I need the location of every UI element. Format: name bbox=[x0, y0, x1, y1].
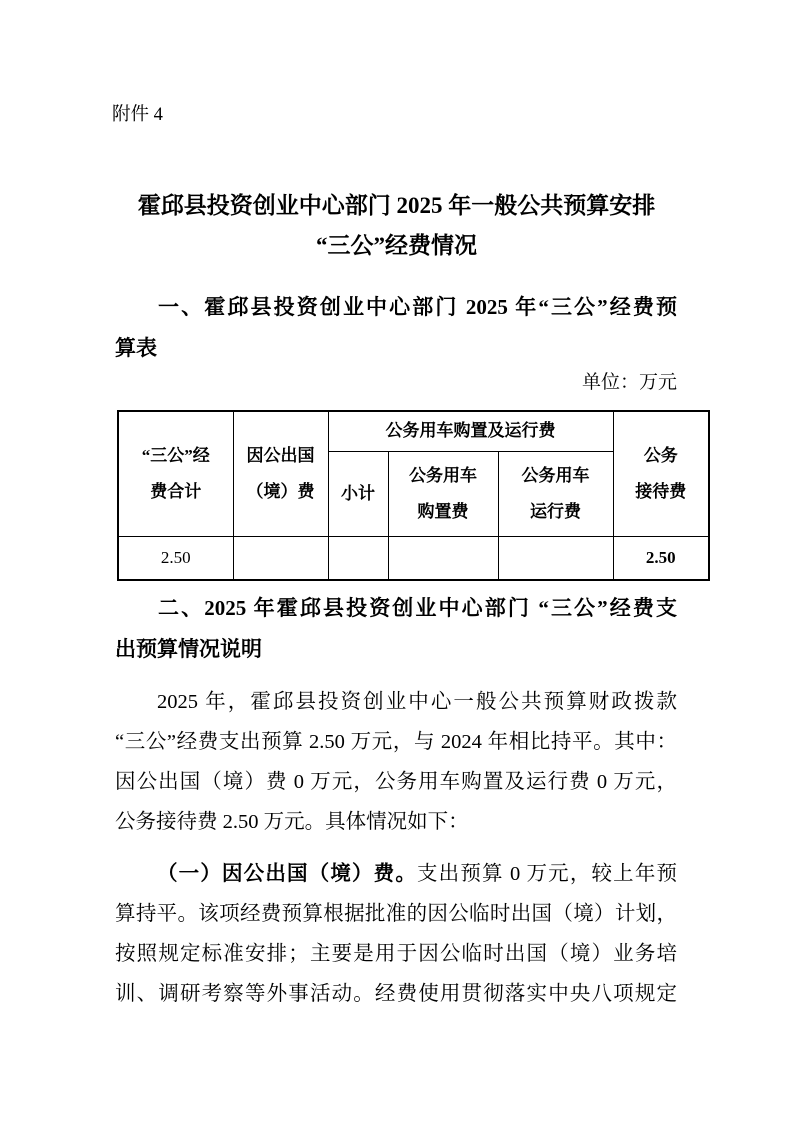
section-2-heading: 二、2025 年霍邱县投资创业中心部门 “三公”经费支 出预算情况说明 bbox=[115, 588, 677, 670]
value-subtotal bbox=[328, 536, 388, 580]
section-1-heading-line-2: 算表 bbox=[115, 328, 677, 369]
header-sangong-total: “三公”经 费合计 bbox=[118, 411, 233, 536]
value-sangong-total: 2.50 bbox=[118, 536, 233, 580]
paragraph-2-line-2: 算持平。该项经费预算根据批准的因公临时出国（境）计划， bbox=[115, 894, 677, 934]
header-abroad-fee: 因公出国 （境）费 bbox=[233, 411, 328, 536]
table-data-row: 2.50 2.50 bbox=[118, 536, 709, 580]
section-2-heading-line-2: 出预算情况说明 bbox=[115, 629, 677, 670]
section-2-heading-line-1: 二、2025 年霍邱县投资创业中心部门 “三公”经费支 bbox=[115, 588, 677, 629]
header-abroad-fee-line-2: （境）费 bbox=[236, 474, 326, 510]
header-reception: 公务 接待费 bbox=[613, 411, 709, 536]
table-header-row-1: “三公”经 费合计 因公出国 （境）费 公务用车购置及运行费 公务 接待费 bbox=[118, 411, 709, 451]
header-subtotal: 小计 bbox=[328, 451, 388, 536]
paragraph-2-line-4: 训、调研考察等外事活动。经费使用贯彻落实中央八项规定 bbox=[115, 974, 677, 1014]
section-1-heading-line-1: 一、霍邱县投资创业中心部门 2025 年“三公”经费预 bbox=[115, 287, 677, 328]
value-abroad-fee bbox=[233, 536, 328, 580]
paragraph-2-line-1-rest: 支出预算 0 万元，较上年预 bbox=[417, 863, 677, 885]
paragraph-2-lead-bold: （一）因公出国（境）费。 bbox=[157, 863, 417, 885]
value-vehicle-operation bbox=[498, 536, 613, 580]
unit-note: 单位：万元 bbox=[115, 367, 677, 394]
value-reception: 2.50 bbox=[613, 536, 709, 580]
paragraph-1-line-3: 因公出国（境）费 0 万元，公务用车购置及运行费 0 万元， bbox=[115, 762, 677, 802]
header-vehicle-purchase-line-2: 购置费 bbox=[391, 494, 496, 530]
title-line-1: 霍邱县投资创业中心部门 2025 年一般公共预算安排 bbox=[0, 186, 793, 226]
document-title: 霍邱县投资创业中心部门 2025 年一般公共预算安排 “三公”经费情况 bbox=[0, 186, 793, 266]
paragraph-1: 2025 年，霍邱县投资创业中心一般公共预算财政拨款 “三公”经费支出预算 2.… bbox=[115, 682, 677, 842]
header-vehicle-operation-line-1: 公务用车 bbox=[501, 458, 611, 494]
header-vehicle-group: 公务用车购置及运行费 bbox=[328, 411, 613, 451]
budget-table: “三公”经 费合计 因公出国 （境）费 公务用车购置及运行费 公务 接待费 小计… bbox=[117, 410, 710, 581]
document-page: 附件 4 霍邱县投资创业中心部门 2025 年一般公共预算安排 “三公”经费情况… bbox=[0, 0, 793, 1122]
header-sangong-total-line-2: 费合计 bbox=[121, 474, 231, 510]
header-vehicle-purchase: 公务用车 购置费 bbox=[388, 451, 498, 536]
header-vehicle-operation-line-2: 运行费 bbox=[501, 494, 611, 530]
paragraph-2-line-1: （一）因公出国（境）费。支出预算 0 万元，较上年预 bbox=[115, 854, 677, 894]
attachment-label: 附件 4 bbox=[112, 100, 163, 126]
paragraph-2-line-3: 按照规定标准安排；主要是用于因公临时出国（境）业务培 bbox=[115, 934, 677, 974]
header-reception-line-2: 接待费 bbox=[616, 474, 707, 510]
value-vehicle-purchase bbox=[388, 536, 498, 580]
paragraph-2: （一）因公出国（境）费。支出预算 0 万元，较上年预 算持平。该项经费预算根据批… bbox=[115, 854, 677, 1014]
title-line-2: “三公”经费情况 bbox=[0, 226, 793, 266]
paragraph-1-line-1: 2025 年，霍邱县投资创业中心一般公共预算财政拨款 bbox=[115, 682, 677, 722]
paragraph-1-line-4: 公务接待费 2.50 万元。具体情况如下： bbox=[115, 802, 677, 842]
header-vehicle-purchase-line-1: 公务用车 bbox=[391, 458, 496, 494]
paragraph-1-line-2: “三公”经费支出预算 2.50 万元，与 2024 年相比持平。其中： bbox=[115, 722, 677, 762]
header-abroad-fee-line-1: 因公出国 bbox=[236, 438, 326, 474]
header-reception-line-1: 公务 bbox=[616, 438, 707, 474]
header-sangong-total-line-1: “三公”经 bbox=[121, 438, 231, 474]
section-1-heading: 一、霍邱县投资创业中心部门 2025 年“三公”经费预 算表 bbox=[115, 287, 677, 369]
budget-table-wrapper: “三公”经 费合计 因公出国 （境）费 公务用车购置及运行费 公务 接待费 小计… bbox=[117, 410, 710, 581]
header-vehicle-operation: 公务用车 运行费 bbox=[498, 451, 613, 536]
